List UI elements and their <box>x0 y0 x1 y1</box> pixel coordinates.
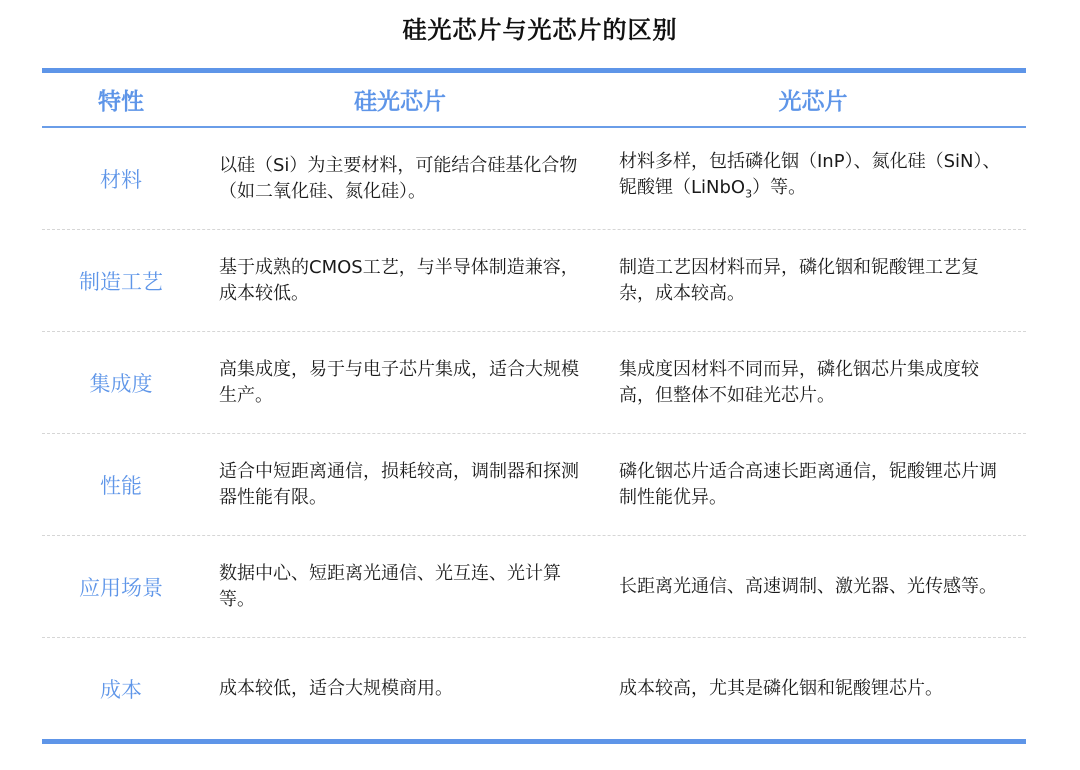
table-row: 成本 成本较低，适合大规模商用。 成本较高，尤其是磷化铟和铌酸锂芯片。 <box>42 638 1026 739</box>
comparison-table: 特性 硅光芯片 光芯片 材料 以硅（Si）为主要材料，可能结合硅基化合物（如二氧… <box>42 68 1026 744</box>
silicon-photonics-cell: 高集成度，易于与电子芯片集成，适合大规模生产。 <box>200 357 600 409</box>
table-header-row: 特性 硅光芯片 光芯片 <box>42 73 1026 126</box>
feature-label: 应用场景 <box>42 572 200 602</box>
header-silicon-photonics: 硅光芯片 <box>200 83 600 116</box>
silicon-photonics-cell: 数据中心、短距离光通信、光互连、光计算等。 <box>200 561 600 613</box>
table-row: 集成度 高集成度，易于与电子芯片集成，适合大规模生产。 集成度因材料不同而异，磷… <box>42 332 1026 434</box>
page-title: 硅光芯片与光芯片的区别 <box>0 12 1080 48</box>
photonic-chip-cell: 材料多样，包括磷化铟（InP）、氮化硅（SiN）、铌酸锂（LiNbO3）等。 <box>600 149 1026 208</box>
silicon-photonics-cell: 基于成熟的CMOS工艺，与半导体制造兼容，成本较低。 <box>200 255 600 307</box>
photonic-chip-text-tail: ）等。 <box>752 177 806 198</box>
table-row: 制造工艺 基于成熟的CMOS工艺，与半导体制造兼容，成本较低。 制造工艺因材料而… <box>42 230 1026 332</box>
photonic-chip-cell: 磷化铟芯片适合高速长距离通信，铌酸锂芯片调制性能优异。 <box>600 459 1026 511</box>
silicon-photonics-cell: 以硅（Si）为主要材料，可能结合硅基化合物（如二氧化硅、氮化硅）。 <box>200 153 600 205</box>
table-row: 应用场景 数据中心、短距离光通信、光互连、光计算等。 长距离光通信、高速调制、激… <box>42 536 1026 638</box>
photonic-chip-cell: 制造工艺因材料而异，磷化铟和铌酸锂工艺复杂，成本较高。 <box>600 255 1026 307</box>
silicon-photonics-cell: 适合中短距离通信，损耗较高，调制器和探测器性能有限。 <box>200 459 600 511</box>
feature-label: 集成度 <box>42 368 200 398</box>
feature-label: 制造工艺 <box>42 266 200 296</box>
photonic-chip-cell: 长距离光通信、高速调制、激光器、光传感等。 <box>600 574 1026 600</box>
photonic-chip-text: 材料多样，包括磷化铟（InP）、氮化硅（SiN）、铌酸锂（LiNbO <box>619 151 1000 198</box>
feature-label: 性能 <box>42 470 200 500</box>
header-feature: 特性 <box>42 83 200 116</box>
photonic-chip-cell: 集成度因材料不同而异，磷化铟芯片集成度较高，但整体不如硅光芯片。 <box>600 357 1026 409</box>
table-bottom-rule <box>42 739 1026 744</box>
feature-label: 成本 <box>42 674 200 704</box>
photonic-chip-cell: 成本较高，尤其是磷化铟和铌酸锂芯片。 <box>600 676 1026 702</box>
table-row: 材料 以硅（Si）为主要材料，可能结合硅基化合物（如二氧化硅、氮化硅）。 材料多… <box>42 128 1026 230</box>
table-row: 性能 适合中短距离通信，损耗较高，调制器和探测器性能有限。 磷化铟芯片适合高速长… <box>42 434 1026 536</box>
feature-label: 材料 <box>42 164 200 194</box>
silicon-photonics-cell: 成本较低，适合大规模商用。 <box>200 676 600 702</box>
header-photonic-chip: 光芯片 <box>600 83 1026 116</box>
